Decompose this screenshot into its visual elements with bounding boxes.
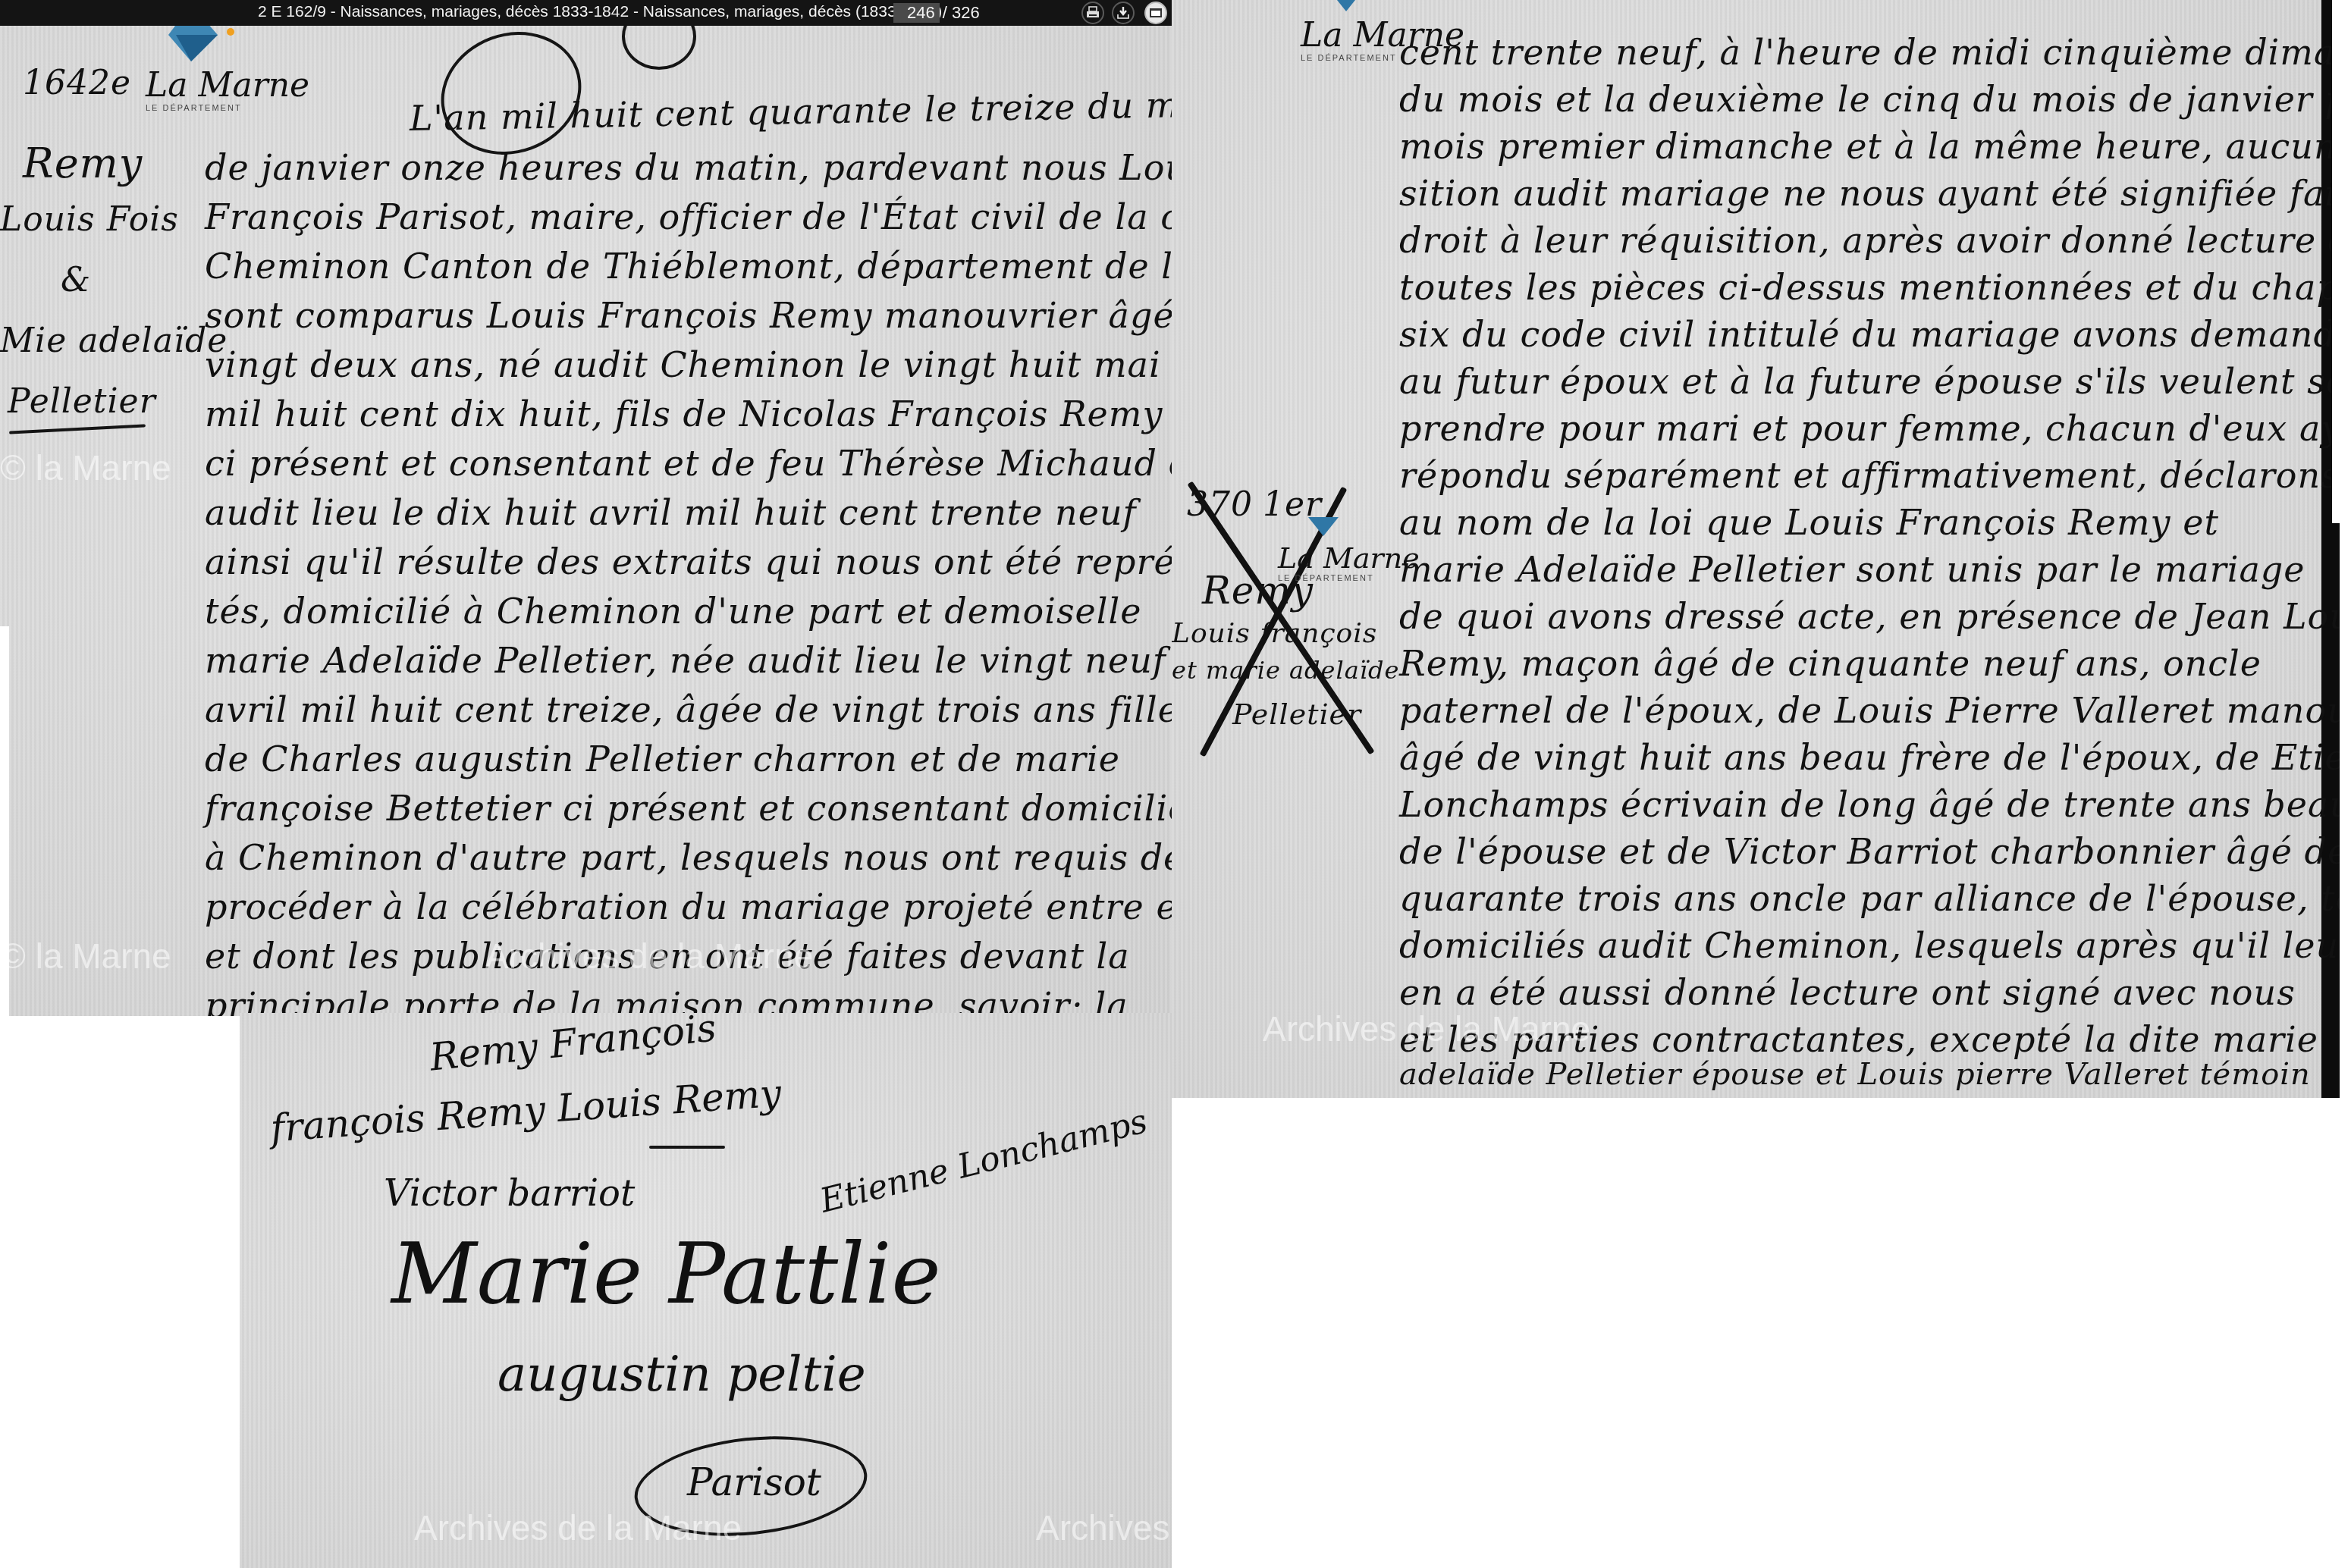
page-total: 326 [952, 3, 980, 22]
watermark: © la Marne [0, 447, 171, 488]
text-line: adelaïde Pelletier épouse et Louis pierr… [1399, 1057, 2311, 1092]
text-line: à Cheminon d'autre part, lesquels nous o… [205, 837, 1172, 878]
watermark: Archives de la Marne [414, 1507, 742, 1548]
margin-note-line: 1642e [23, 64, 131, 102]
text-line: tés, domicilié à Cheminon d'une part et … [205, 591, 1141, 632]
text-line: mois premier dimanche et à la même heure… [1399, 126, 2340, 167]
page-separator: / [943, 3, 947, 22]
text-line: paternel de l'époux, de Louis Pierre Val… [1399, 690, 2340, 731]
margin-rule [9, 424, 146, 434]
text-line: Lonchamps écrivain de long âgé de trente… [1399, 784, 2340, 825]
text-line: ainsi qu'il résulte des extraits qui nou… [205, 541, 1172, 582]
la-marne-emblem-icon [1301, 0, 1369, 15]
text-line: mil huit cent dix huit, fils de Nicolas … [205, 394, 1172, 434]
scan-tile-left-page[interactable]: 1642e Remy Louis Fois & Mie adelaïde Pel… [0, 26, 1172, 1016]
download-icon [1116, 6, 1130, 20]
margin-note-line: Remy [23, 140, 143, 187]
la-marne-logo: La Marne LE DÉPARTEMENT [1301, 0, 1464, 63]
viewer-toolbar: 2 E 162/9 - Naissances, mariages, décès … [0, 0, 1172, 26]
margin-note-line: Mie adelaïde [0, 321, 228, 360]
margin-note-line: & [61, 261, 91, 299]
logo-wordmark: La Marne [1301, 19, 1464, 52]
printer-icon [1086, 6, 1100, 20]
signature: augustin peltie [498, 1347, 866, 1403]
text-line: Remy, maçon âgé de cinquante neuf ans, o… [1399, 643, 2262, 684]
signature-underline [649, 1146, 725, 1149]
signature: Victor barriot [384, 1172, 635, 1215]
window-icon [1149, 7, 1163, 19]
signature: françois Remy Louis Remy [269, 1071, 783, 1151]
text-line: au nom de la loi que Louis François Remy… [1399, 502, 2219, 543]
text-line: avril mil huit cent treize, âgée de ving… [205, 689, 1172, 730]
text-line: toutes les pièces ci-dessus mentionnées … [1399, 267, 2340, 308]
text-line: de quoi avons dressé acte, en présence d… [1399, 596, 2340, 637]
tile-gap [2332, 0, 2351, 523]
text-line: de janvier onze heures du matin, pardeva… [205, 147, 1172, 188]
text-line: du mois et la deuxième le cinq du mois d… [1399, 79, 2340, 120]
margin-note-line: Louis Fois [0, 200, 179, 239]
download-button[interactable] [1112, 2, 1135, 24]
margin-note-line: Pelletier [8, 382, 156, 421]
text-line: François Parisot, maire, officier de l'É… [205, 196, 1172, 237]
text-line: procéder à la célébration du mariage pro… [205, 886, 1172, 927]
logo-wordmark: La Marne [1278, 544, 1420, 572]
text-line: sont comparus Louis François Remy manouv… [205, 295, 1172, 336]
signature-mayor: Parisot [687, 1460, 821, 1504]
text-line: marie Adelaïde Pelletier, née audit lieu… [205, 640, 1166, 681]
watermark: © la Marne [0, 936, 171, 977]
signature: Remy François [428, 1013, 718, 1080]
logo-subtitle: LE DÉPARTEMENT [146, 104, 309, 113]
text-line: audit lieu le dix huit avril mil huit ce… [205, 492, 1137, 533]
text-line: répondu séparément et affirmativement, d… [1399, 455, 2340, 496]
text-line: principale porte de la maison commune, s… [205, 985, 1128, 1016]
logo-subtitle: LE DÉPARTEMENT [1301, 54, 1464, 63]
text-line: six du code civil intitulé du mariage av… [1399, 314, 2340, 355]
document-title: 2 E 162/9 - Naissances, mariages, décès … [258, 3, 942, 21]
signature-bride: Marie Pattlie [391, 1225, 941, 1322]
text-line: cent trente neuf, à l'heure de midi cinq… [1399, 32, 2340, 73]
print-button[interactable] [1081, 2, 1104, 24]
text-line: vingt deux ans, né audit Cheminon le vin… [205, 344, 1161, 385]
text-line: âgé de vingt huit ans beau frère de l'ép… [1399, 737, 2340, 778]
signature: Etienne Lonchamps [816, 1102, 1151, 1220]
text-line: prendre pour mari et pour femme, chacun … [1399, 408, 2340, 449]
la-marne-emblem-icon [1278, 517, 1346, 540]
scan-tile-signatures[interactable]: première le vingt neuf du mois de décemb… [240, 1013, 1172, 1568]
text-line: quarante trois ans oncle par alliance de… [1399, 878, 2340, 919]
watermark: Archives de la Marne [1263, 1008, 1590, 1049]
text-line: sition audit mariage ne nous ayant été s… [1399, 173, 2340, 214]
page-number-input[interactable]: 246 [893, 3, 940, 23]
text-line: en a été aussi donné lecture ont signé a… [1399, 972, 2296, 1013]
logo-wordmark: La Marne [146, 69, 309, 102]
text-line: de Charles augustin Pelletier charron et… [205, 739, 1120, 779]
tile-gap [0, 626, 9, 1021]
margin-note-line: et marie adelaïde [1172, 656, 1400, 685]
logo-subtitle: LE DÉPARTEMENT [1278, 574, 1420, 583]
text-line: au futur époux et à la future épouse s'i… [1399, 361, 2340, 402]
la-marne-logo: La Marne LE DÉPARTEMENT [1278, 517, 1420, 583]
text-line: françoise Bettetier ci présent et consen… [205, 788, 1172, 829]
text-line: de l'épouse et de Victor Barriot charbon… [1399, 831, 2340, 872]
watermark: Archives de la Marne [485, 936, 813, 977]
text-line: marie Adelaïde Pelletier sont unis par l… [1399, 549, 2305, 590]
display-mode-button[interactable] [1144, 2, 1167, 24]
text-line: droit à leur réquisition, après avoir do… [1399, 220, 2340, 261]
initial-flourish [622, 26, 696, 70]
watermark: Archives [1036, 1507, 1169, 1548]
text-line: ci présent et consentant et de feu Thérè… [205, 443, 1172, 484]
page-indicator: 246/ 326 [893, 3, 980, 23]
text-line: domiciliés audit Cheminon, lesquels aprè… [1399, 925, 2340, 966]
text-line: Cheminon Canton de Thiéblemont, départem… [205, 246, 1172, 287]
